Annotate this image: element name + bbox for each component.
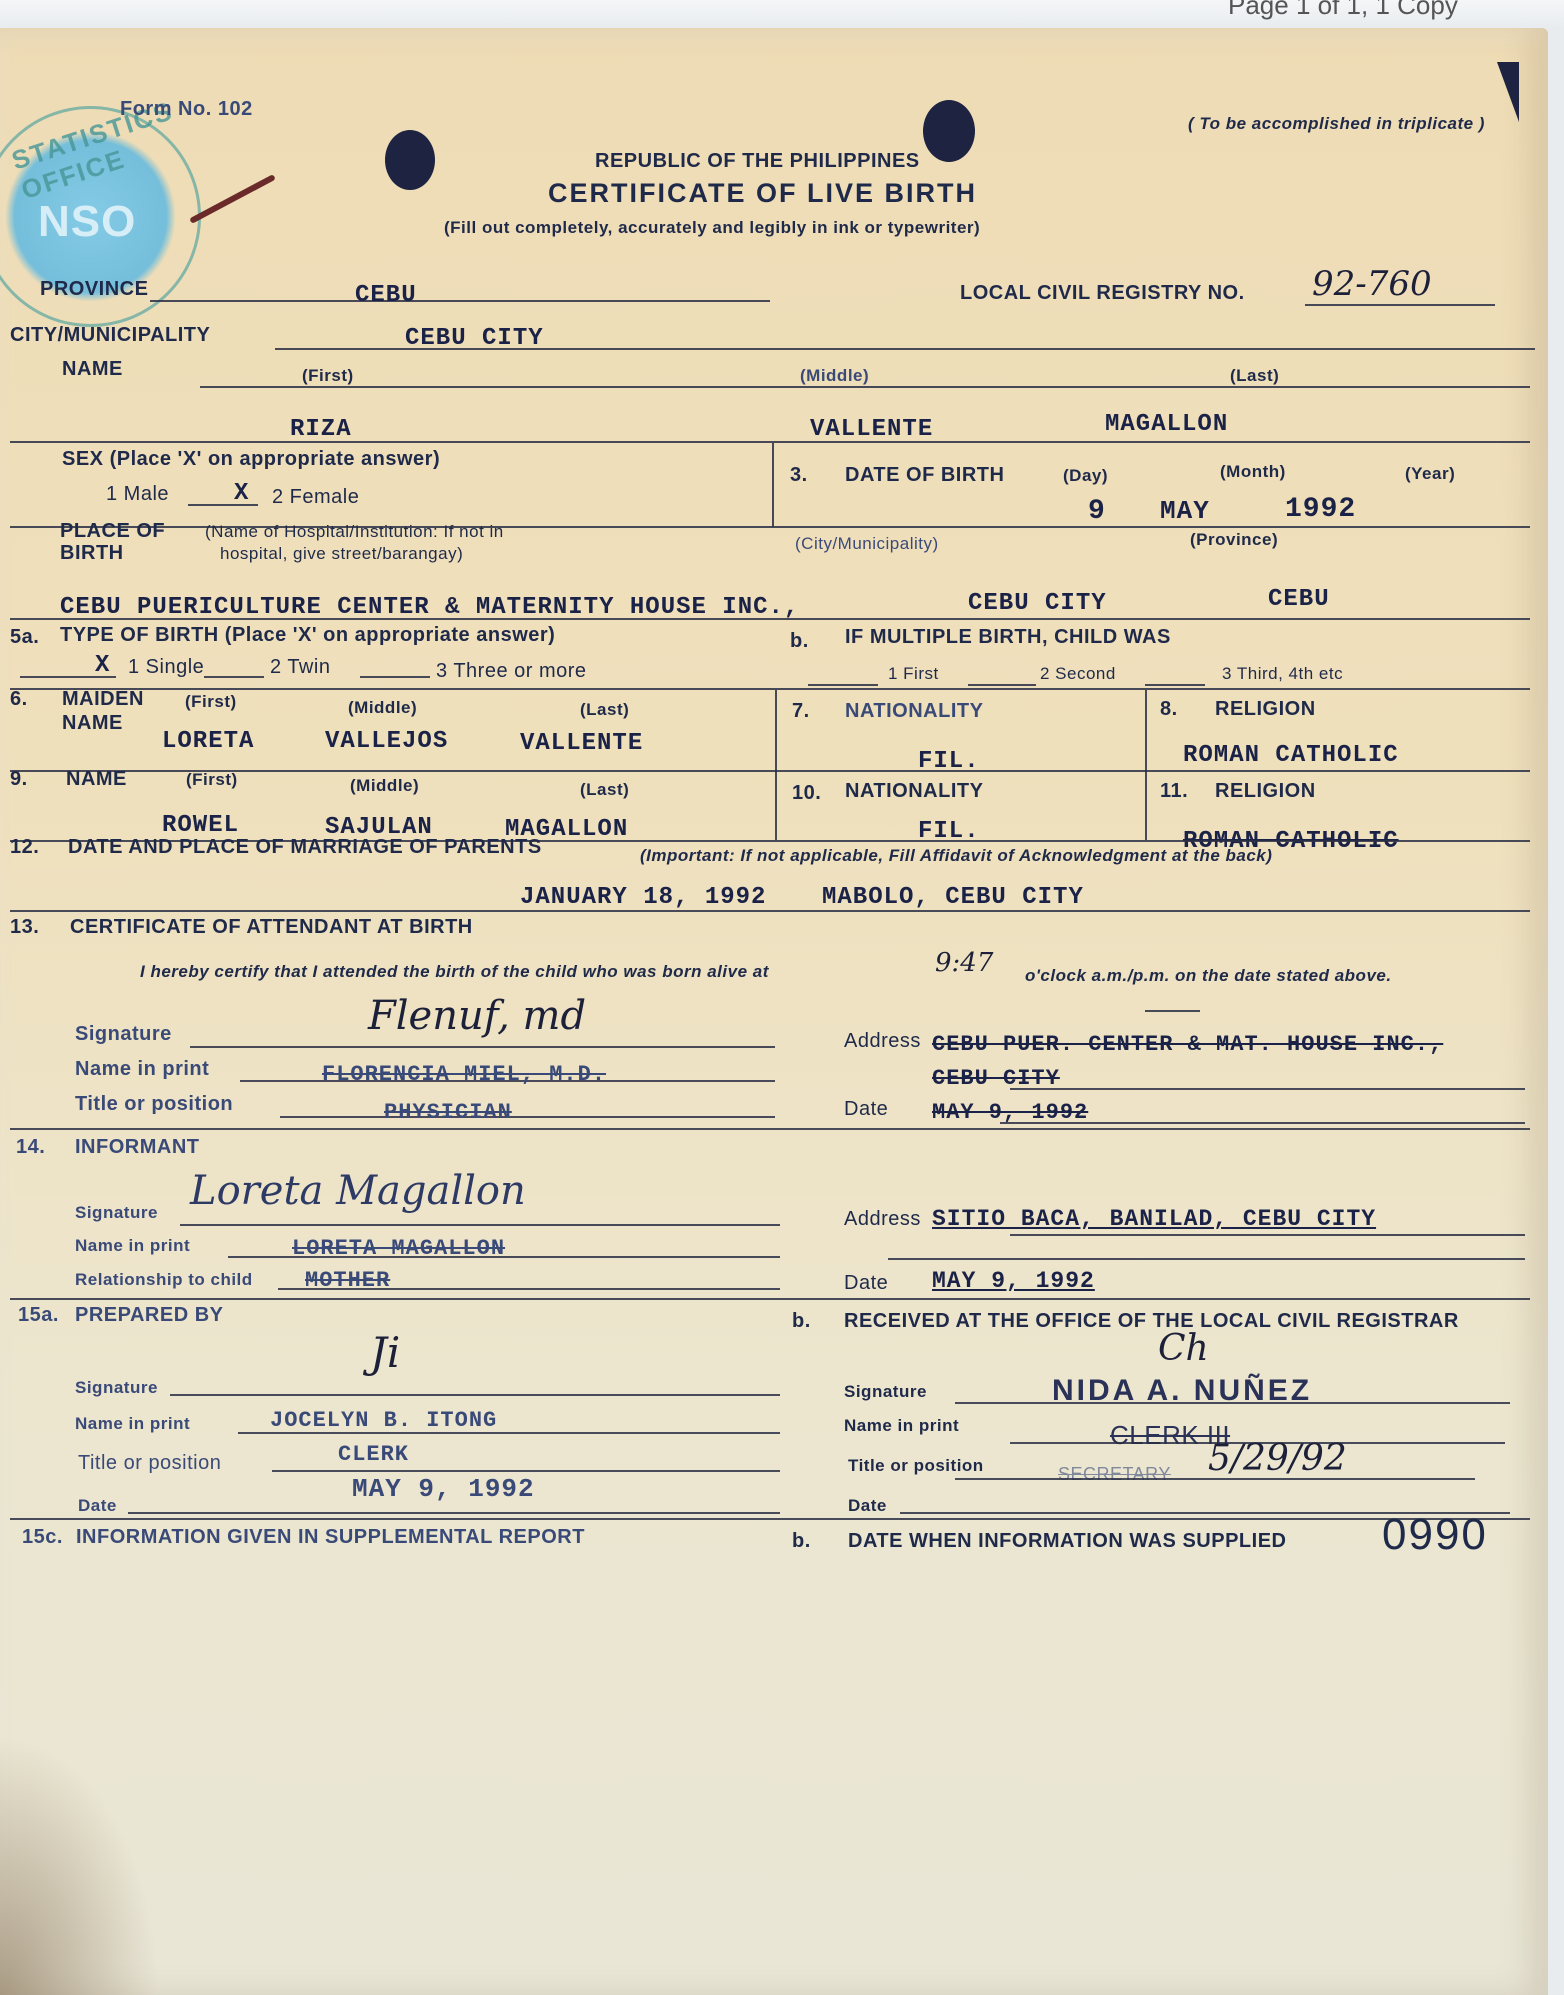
document-title: CERTIFICATE OF LIVE BIRTH (548, 178, 977, 209)
ink-stroke-mark (189, 174, 276, 224)
preparer-title: CLERK (338, 1442, 409, 1467)
attendant-section-label: CERTIFICATE OF ATTENDANT AT BIRTH (70, 916, 473, 939)
sex-label: SEX (Place 'X' on appropriate answer) (62, 448, 440, 471)
city-label: CITY/MUNICIPALITY (10, 324, 210, 347)
dob-day: 9 (1088, 496, 1106, 527)
mother-first-name: LORETA (162, 728, 254, 755)
dob-month: MAY (1160, 496, 1210, 526)
corner-marker-icon (1497, 62, 1519, 122)
punch-hole-mark (385, 130, 435, 190)
informant-date: MAY 9, 1992 (932, 1268, 1095, 1294)
father-first-name: ROWEL (162, 812, 239, 839)
info-supplied-label: DATE WHEN INFORMATION WAS SUPPLIED (848, 1530, 1286, 1553)
prepared-by-label: PREPARED BY (75, 1304, 224, 1327)
marriage-note: (Important: If not applicable, Fill Affi… (640, 846, 1272, 866)
form-code: Form No. 102 (120, 98, 253, 121)
sex-mark: X (234, 480, 249, 507)
child-last-name: MAGALLON (1105, 411, 1228, 438)
registry-label: LOCAL CIVIL REGISTRY NO. (960, 282, 1245, 305)
page-copy-indicator: Page 1 of 1, 1 Copy (1228, 0, 1458, 21)
received-label: RECEIVED AT THE OFFICE OF THE LOCAL CIVI… (844, 1310, 1459, 1333)
birth-certificate-document: STATISTICS OFFICE NSO Form No. 102 ( To … (0, 28, 1548, 1995)
supplemental-label: INFORMATION GIVEN IN SUPPLEMENTAL REPORT (76, 1526, 585, 1549)
registry-number: 92-760 (1312, 264, 1432, 304)
attendant-name: FLORENCIA MIEL, M.D. (322, 1062, 606, 1087)
mother-religion: ROMAN CATHOLIC (1183, 742, 1399, 769)
received-initial: Ch (1158, 1328, 1209, 1369)
child-name-label: NAME (62, 358, 123, 381)
mother-last-name: VALLENTE (520, 730, 643, 757)
informant-name: LORETA MAGALLON (292, 1236, 505, 1261)
marriage-place: MABOLO, CEBU CITY (822, 884, 1084, 911)
mother-middle-name: VALLEJOS (325, 728, 448, 755)
type-of-birth-label: TYPE OF BIRTH (Place 'X' on appropriate … (60, 624, 555, 647)
city-value: CEBU CITY (405, 325, 544, 352)
marriage-date: JANUARY 18, 1992 (520, 884, 766, 911)
preparer-date: MAY 9, 1992 (352, 1474, 535, 1504)
registrar-handwritten-date: 5/29/92 (1208, 1438, 1347, 1479)
document-subtitle: (Fill out completely, accurately and leg… (444, 218, 980, 238)
dob-year: 1992 (1285, 494, 1356, 525)
informant-section-label: INFORMANT (75, 1136, 199, 1159)
attendant-signature: Flenuf, md (368, 993, 586, 1039)
triplicate-instruction: ( To be accomplished in triplicate ) (1188, 114, 1485, 134)
informant-signature: Loreta Magallon (190, 1168, 526, 1214)
child-first-name: RIZA (290, 416, 352, 443)
province-value: CEBU (355, 282, 417, 309)
informant-address: SITIO BACA, BANILAD, CEBU CITY (932, 1206, 1376, 1232)
marriage-label: DATE AND PLACE OF MARRIAGE OF PARENTS (68, 836, 542, 859)
birth-time: 9:47 (935, 948, 993, 978)
punch-hole-mark (923, 100, 975, 162)
birth-city: CEBU CITY (968, 590, 1107, 617)
province-label: PROVINCE (40, 278, 148, 301)
registrar-title: SECRETARY (1058, 1464, 1171, 1485)
birth-institution: CEBU PUERICULTURE CENTER & MATERNITY HOU… (60, 594, 799, 621)
birth-province: CEBU (1268, 586, 1330, 613)
child-middle-name: VALLENTE (810, 416, 933, 443)
attendant-title: PHYSICIAN (384, 1100, 512, 1125)
attendant-address-line1: CEBU PUER. CENTER & MAT. HOUSE INC., (932, 1032, 1443, 1057)
informant-relationship: MOTHER (305, 1268, 390, 1293)
stamp-number: 0990 (1382, 1510, 1488, 1560)
republic-heading: REPUBLIC OF THE PHILIPPINES (595, 150, 920, 173)
preparer-name: JOCELYN B. ITONG (270, 1408, 497, 1433)
type-of-birth-mark: X (95, 652, 110, 679)
multiple-birth-label: IF MULTIPLE BIRTH, CHILD WAS (845, 626, 1171, 649)
preparer-signature: Ji (370, 1328, 400, 1377)
dob-label: DATE OF BIRTH (845, 464, 1004, 487)
